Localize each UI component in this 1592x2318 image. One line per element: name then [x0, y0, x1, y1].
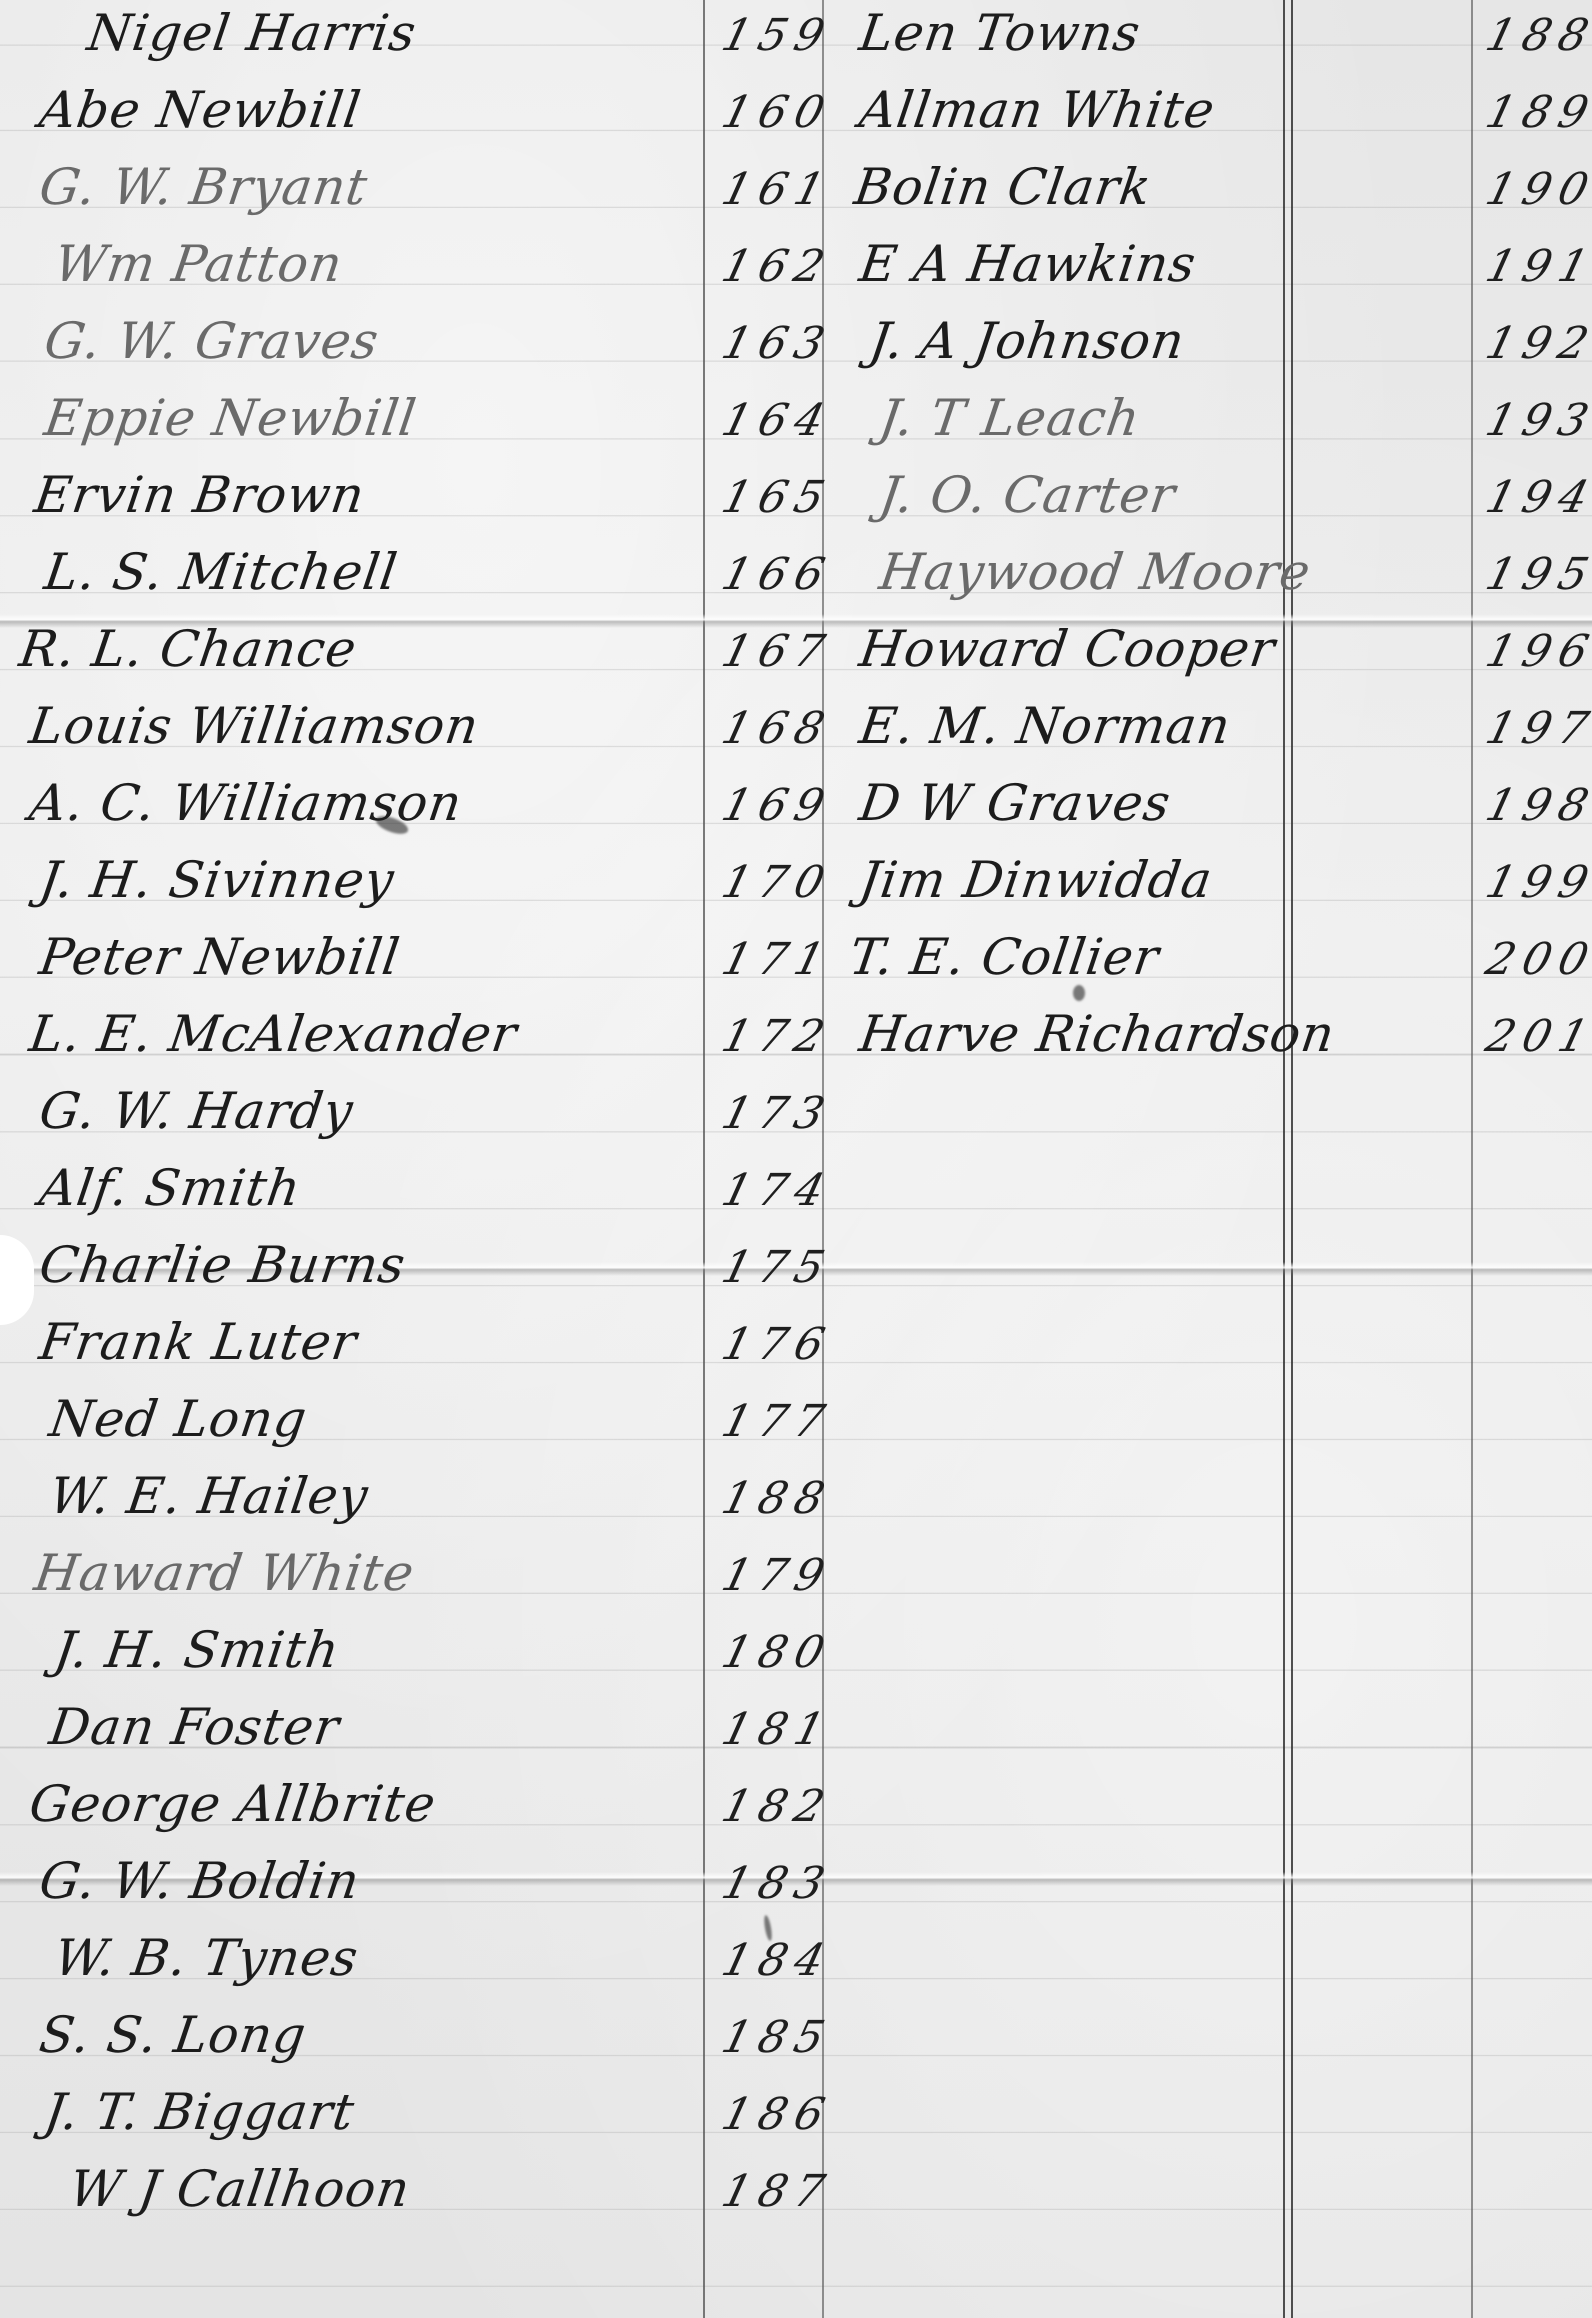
ledger-entry-number: 196	[1487, 604, 1592, 674]
ledger-entry-number: 188	[723, 1451, 831, 1521]
ledger-entry-name: Wm Patton	[55, 219, 342, 289]
ledger-entry-number: 179	[723, 1528, 831, 1598]
center-double-rule	[1283, 0, 1293, 2318]
ledger-entry-number: 177	[723, 1374, 831, 1444]
ledger-entry-number: 171	[723, 912, 831, 982]
ledger-entry-number: 175	[723, 1220, 831, 1290]
ledger-entry-number: 163	[723, 296, 831, 366]
ledger-entry-name: G. W. Boldin	[40, 1836, 359, 1906]
ledger-entry-name: Allman White	[860, 65, 1215, 135]
ledger-entry-number: 197	[1487, 681, 1592, 751]
ledger-entry-number: 180	[723, 1605, 831, 1675]
ledger-entry-number: 198	[1487, 758, 1592, 828]
ledger-entry-name: Jim Dinwidda	[860, 835, 1212, 905]
ledger-entry-number: 164	[723, 373, 831, 443]
ledger-entry-name: Peter Newbill	[40, 912, 400, 982]
ledger-entry-name: Eppie Newbill	[45, 373, 416, 443]
ledger-entry-name: J. H. Smith	[55, 1605, 339, 1675]
ledger-entry-number: 165	[723, 450, 831, 520]
ledger-entry-number: 195	[1487, 527, 1592, 597]
ledger-entry-number: 160	[723, 65, 831, 135]
ledger-entry-number: 189	[1487, 65, 1592, 135]
ledger-entry-number: 183	[723, 1836, 831, 1906]
ledger-entry-name: J. H. Sivinney	[40, 835, 394, 905]
ledger-entry-name: George Allbrite	[30, 1759, 436, 1829]
ledger-entry-name: T. E. Collier	[850, 912, 1159, 982]
ledger-entry-number: 190	[1487, 142, 1592, 212]
ledger-entry-name: G. W. Bryant	[40, 142, 367, 212]
ledger-entry-number: 191	[1487, 219, 1592, 289]
ledger-entry-number: 168	[723, 681, 831, 751]
ledger-entry-number: 200	[1487, 912, 1592, 982]
left-number-column-rule	[703, 0, 705, 2318]
ledger-entry-number: 188	[1487, 0, 1592, 58]
right-number-column-rule	[1471, 0, 1473, 2318]
ledger-entry-name: A. C. Williamson	[30, 758, 462, 828]
ledger-entry-number: 170	[723, 835, 831, 905]
ledger-entry-number: 184	[723, 1913, 831, 1983]
ledger-entry-name: J. A Johnson	[870, 296, 1184, 366]
ledger-entry-name: Len Towns	[860, 0, 1140, 58]
ledger-entry-name: E A Hawkins	[860, 219, 1196, 289]
ledger-entry-name: S. S. Long	[40, 1990, 306, 2060]
ledger-entry-number: 174	[723, 1143, 831, 1213]
ledger-entry-number: 159	[723, 0, 831, 58]
ledger-entry-number: 166	[723, 527, 831, 597]
ledger-entry-name: Frank Luter	[40, 1297, 357, 1367]
ledger-entry-name: W. B. Tynes	[55, 1913, 358, 1983]
ledger-entry-name: E. M. Norman	[860, 681, 1230, 751]
ledger-entry-number: 192	[1487, 296, 1592, 366]
ledger-entry-number: 176	[723, 1297, 831, 1367]
ledger-entry-name: J. T. Biggart	[45, 2067, 354, 2137]
ledger-entry-name: L. E. McAlexander	[30, 989, 517, 1059]
ledger-entry-number: 181	[723, 1682, 831, 1752]
ledger-entry-name: L. S. Mitchell	[45, 527, 397, 597]
ledger-entry-number: 173	[723, 1066, 831, 1136]
ledger-entry-number: 199	[1487, 835, 1592, 905]
ledger-entry-name: G. W. Hardy	[40, 1066, 353, 1136]
ledger-entry-name: Charlie Burns	[40, 1220, 405, 1290]
ledger-entry-name: J. T Leach	[880, 373, 1140, 443]
ledger-entry-number: 167	[723, 604, 831, 674]
ledger-entry-name: Nigel Harris	[88, 0, 416, 58]
ledger-entry-name: Howard Cooper	[860, 604, 1275, 674]
ledger-entry-name: J. O. Carter	[880, 450, 1175, 520]
ledger-entry-name: W. E. Hailey	[50, 1451, 368, 1521]
ledger-entry-number: 201	[1487, 989, 1592, 1059]
ledger-entry-name: Haward White	[35, 1528, 414, 1598]
ledger-entry-name: Ned Long	[50, 1374, 307, 1444]
ledger-entry-name: Abe Newbill	[40, 65, 361, 135]
ledger-entry-name: D W Graves	[860, 758, 1170, 828]
ledger-entry-name: W J Callhoon	[70, 2144, 410, 2214]
ledger-entry-name: Harve Richardson	[860, 989, 1335, 1059]
ledger-entry-number: 182	[723, 1759, 831, 1829]
ledger-entry-name: Bolin Clark	[855, 142, 1151, 212]
ledger-entry-name: Alf. Smith	[40, 1143, 301, 1213]
ledger-entry-name: Louis Williamson	[30, 681, 479, 751]
ledger-entry-number: 186	[723, 2067, 831, 2137]
ledger-entry-number: 161	[723, 142, 831, 212]
ledger-entry-number: 162	[723, 219, 831, 289]
ledger-entry-number: 194	[1487, 450, 1592, 520]
ledger-entry-name: R. L. Chance	[20, 604, 357, 674]
ledger-entry-number: 185	[723, 1990, 831, 2060]
ledger-entry-name: Haywood Moore	[880, 527, 1310, 597]
ledger-entry-name: G. W. Graves	[45, 296, 379, 366]
ledger-entry-number: 193	[1487, 373, 1592, 443]
ledger-entry-number: 169	[723, 758, 831, 828]
ledger-entry-name: Ervin Brown	[35, 450, 364, 520]
ledger-entry-name: Dan Foster	[50, 1682, 339, 1752]
ledger-entry-number: 187	[723, 2144, 831, 2214]
ledger-entry-number: 172	[723, 989, 831, 1059]
